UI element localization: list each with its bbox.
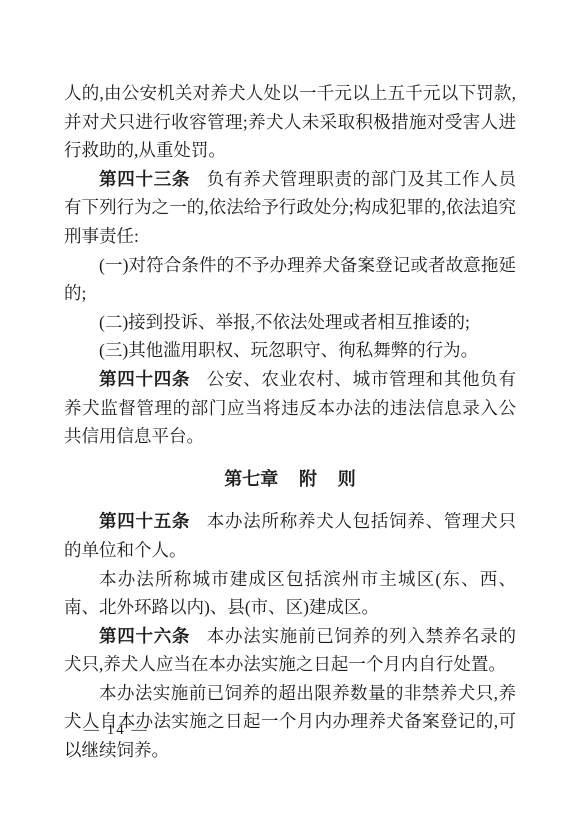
chapter-heading: 第七章 附 则 xyxy=(64,465,516,494)
article-paragraph: 第四十六条本办法实施前已饲养的列入禁养名录的犬只,养犬人应当在本办法实施之日起一… xyxy=(64,622,516,679)
list-item: (三)其他滥用职权、玩忽职守、徇私舞弊的行为。 xyxy=(64,336,516,365)
document-page: 人的,由公安机关对养犬人处以一千元以上五千元以下罚款,并对犬只进行收容管理;养犬… xyxy=(0,0,577,818)
article-paragraph: 第四十三条负有养犬管理职责的部门及其工作人员有下列行为之一的,依法给予行政处分;… xyxy=(64,165,516,251)
article-paragraph: 第四十四条公安、农业农村、城市管理和其他负有养犬监督管理的部门应当将违反本办法的… xyxy=(64,365,516,451)
article-number: 第四十三条 xyxy=(99,169,190,189)
paragraph: 人的,由公安机关对养犬人处以一千元以上五千元以下罚款,并对犬只进行收容管理;养犬… xyxy=(64,79,516,165)
paragraph: 本办法所称城市建成区包括滨州市主城区(东、西、南、北外环路以内)、县(市、区)建… xyxy=(64,565,516,622)
article-number: 第四十五条 xyxy=(99,511,190,531)
page-number: — 14 — xyxy=(84,721,149,739)
article-number: 第四十四条 xyxy=(99,369,190,389)
list-item: (一)对符合条件的不予办理养犬备案登记或者故意拖延的; xyxy=(64,251,516,308)
article-number: 第四十六条 xyxy=(99,626,190,646)
document-blocks: 人的,由公安机关对养犬人处以一千元以上五千元以下罚款,并对犬只进行收容管理;养犬… xyxy=(64,79,516,765)
article-paragraph: 第四十五条本办法所称养犬人包括饲养、管理犬只的单位和个人。 xyxy=(64,507,516,564)
list-item: (二)接到投诉、举报,不依法处理或者相互推诿的; xyxy=(64,308,516,337)
